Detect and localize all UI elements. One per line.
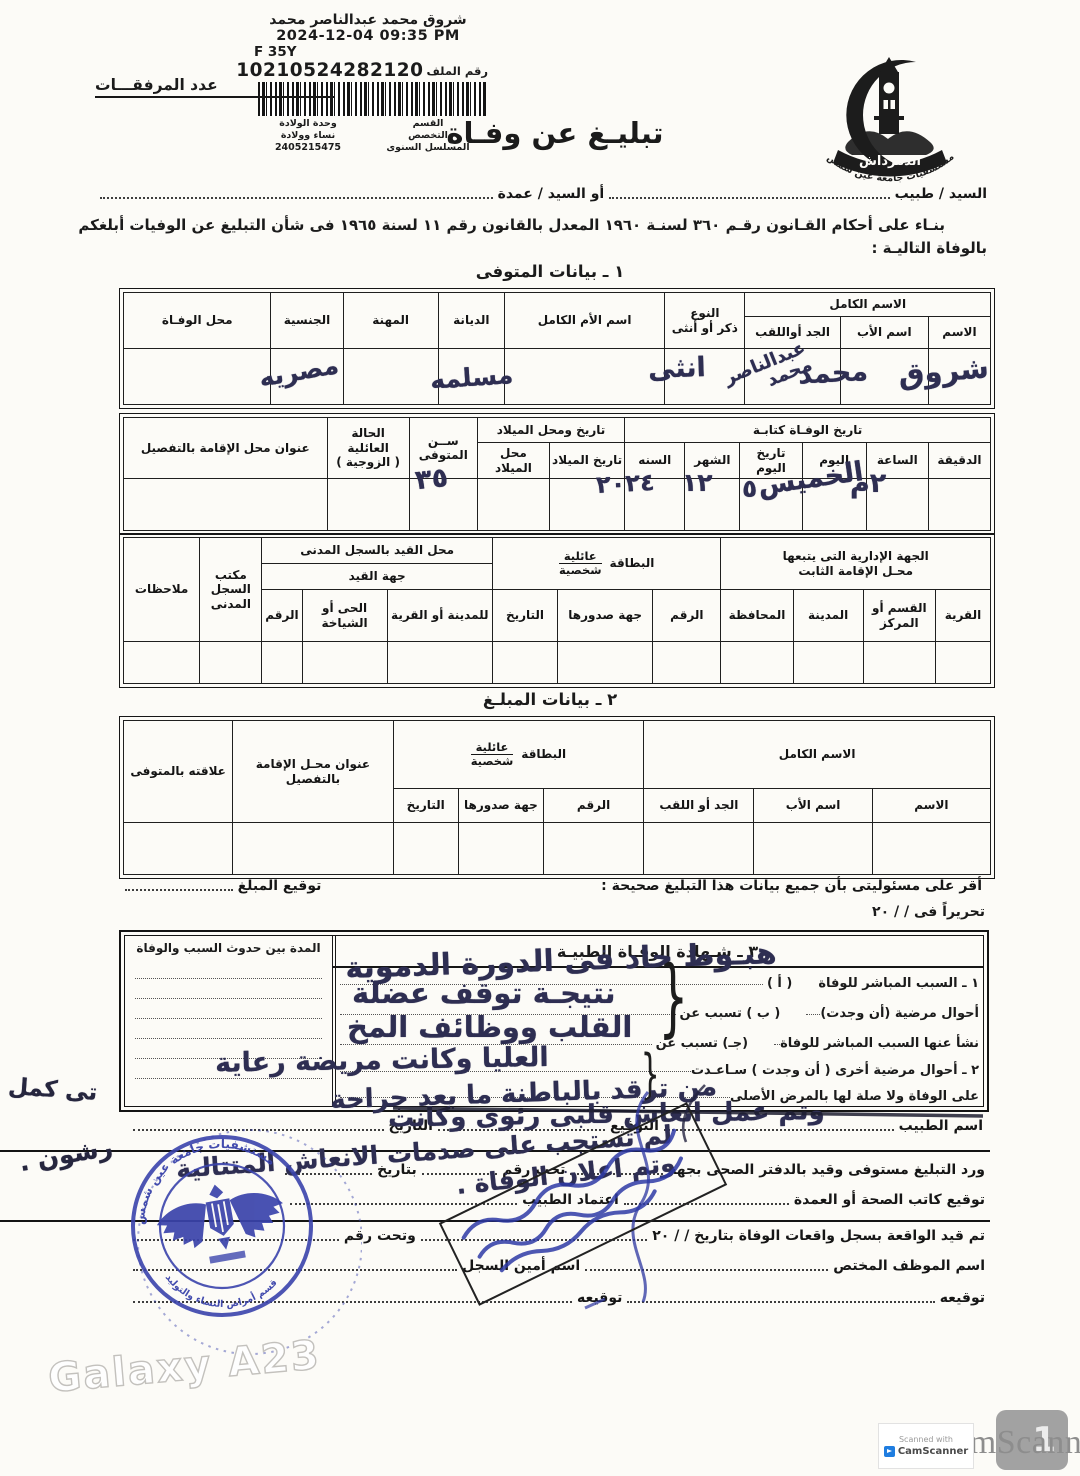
header-district: القسم أو المركز xyxy=(863,590,935,642)
underlying-cause-label: نشأ عنها السبب المباشر للوفاة xyxy=(780,1036,979,1051)
camscanner-badge: Scanned with CamScanner xyxy=(878,1423,974,1469)
header-registry-office: مكتب السجل المدنى xyxy=(200,538,262,642)
scanned-with-label: Scanned with xyxy=(899,1435,953,1444)
mark-a: ( أ ) xyxy=(767,976,792,991)
header-death-place: محل الوفـاة xyxy=(124,293,271,349)
logo-ribbon-text: الدمرداش xyxy=(859,154,921,169)
header-informer-father: اسم الأب xyxy=(754,789,872,823)
header-informer-relation: علاقته بالمتوفى xyxy=(124,721,233,823)
header-notes: ملاحظات xyxy=(124,538,200,642)
header-sex: النوعذكر أو أنثى xyxy=(665,293,745,349)
section-2-title: ٢ ـ بيانات المبلـغ xyxy=(430,690,670,709)
duration-column: المدة بين حدوث السبب والوفاة xyxy=(125,936,336,1106)
hw-religion: مسلمه xyxy=(429,360,514,395)
employee-label: اسم الموظف المختص xyxy=(833,1258,985,1274)
patient-name: شروق محمد عبدالناصر محمد xyxy=(248,12,488,28)
header-registry-side: جهة القيد xyxy=(262,564,493,590)
header-full-name: الاسم الكامل xyxy=(745,293,991,317)
card-label: البطاقة xyxy=(610,556,655,570)
scan-datetime: 2024-12-04 09:35 PM xyxy=(248,28,488,44)
header-informer-grand: الجد أو اللقب xyxy=(644,789,754,823)
header-informer-card-number: الرقم xyxy=(543,789,643,823)
header-informer-card-issuer: جهة صدورها xyxy=(458,789,543,823)
header-card-group: البطاقةعائليةشخصية xyxy=(492,538,721,590)
addressee-doctor: السيد / طبيب xyxy=(895,186,987,202)
dotted-line xyxy=(585,1267,828,1271)
section-1-title: ١ ـ بيانات المتوفى xyxy=(420,262,680,281)
form-title: تبليـغ عن وفـاة xyxy=(424,116,686,150)
header-birth-group: تاريخ ومحل الميلاد xyxy=(477,418,624,443)
intro-line-2: بالوفاة التاليـة : xyxy=(95,237,987,260)
hw-cause-line-2: نتيجـة توقف عضلة xyxy=(352,976,616,1010)
attachments-count-label: عدد المرفقـــات xyxy=(95,76,335,98)
header-age-line1: ســن xyxy=(412,434,475,448)
header-city: المدينة xyxy=(793,590,863,642)
other-conditions-label-1: ٢ ـ أحوال مرضية أخرى ( أن وجدت ) سـاعـدت xyxy=(691,1063,979,1078)
deceased-identity-table: الاسم الكامل النوعذكر أو أنثى اسم الأم ا… xyxy=(119,288,995,409)
doctor-name-label: اسم الطبيب xyxy=(899,1118,983,1134)
dotted-line xyxy=(627,1299,934,1303)
written-on-line: تحريراً فى / / ٢٠ xyxy=(690,904,985,920)
dept-value: وحدة الولادة xyxy=(248,118,368,130)
header-minute: الدقيقة xyxy=(928,443,990,479)
scanned-death-notification-form: شروق محمد عبدالناصر محمد 2024-12-04 09:3… xyxy=(0,0,1080,1476)
header-nationality: الجنسية xyxy=(271,293,343,349)
registrar-signature-label: توقيعه xyxy=(577,1290,622,1306)
header-age-line2: المتوفى xyxy=(412,448,475,462)
round-official-stamp: مستشفيات جامعة عين شمس قسم أمراض النساء … xyxy=(100,1108,362,1360)
header-admin-line2: محـل الإقامة الثابت xyxy=(723,564,988,578)
header-card-date: التاريخ xyxy=(492,590,557,642)
header-card-issuer: جهة صدورها xyxy=(558,590,653,642)
informer-signature-label: توقيع المبلغ xyxy=(238,878,322,894)
hw-death-year: ٢٠٢٤ xyxy=(595,468,655,499)
header-registry-place: محل القيد بالسجل المدنى xyxy=(262,538,493,564)
camscanner-icon xyxy=(884,1446,895,1457)
card-label: البطاقة xyxy=(521,747,566,761)
header-governorate: المحافظة xyxy=(721,590,793,642)
header-address: عنوان محل الإقامة بالتفصيل xyxy=(124,418,328,479)
header-marital: الحالة العائلية( الزوجية ) xyxy=(327,418,409,479)
header-admin-line1: الجهة الإدارية التى يتبعها xyxy=(723,549,988,563)
informer-data-row xyxy=(124,823,991,875)
card-family: عائلية xyxy=(471,741,514,754)
recorded-label: تم قيد الواقعة بسجل واقعات الوفاة بتاريخ… xyxy=(652,1228,985,1244)
morbid-conditions-label: أحوال مرضية (أن وجدت) xyxy=(820,1006,979,1021)
dotted-line xyxy=(135,999,322,1019)
header-card-number: الرقم xyxy=(653,590,721,642)
header-death-date-group: تاريخ الوفـاة كتابـة xyxy=(625,418,991,443)
mark-b: ( ب ) تسبب عن xyxy=(680,1006,781,1021)
hw-sex: انثى xyxy=(647,352,706,385)
header-mother-name: اسم الأم الكامل xyxy=(504,293,664,349)
dotted-line xyxy=(135,1019,322,1039)
header-reg-city: للمدينة أو القرية xyxy=(387,590,492,642)
intro-line-1: بنـاء على أحكام القـانون رقـم ٣٦٠ لسنـة … xyxy=(95,214,987,237)
civil-registry-data-row xyxy=(124,642,991,684)
duration-header: المدة بين حدوث السبب والوفاة xyxy=(125,936,332,959)
declaration-text: أقر على مسئوليتى بأن جميع بيانات هذا الت… xyxy=(601,878,982,894)
header-marital-line1: الحالة العائلية xyxy=(330,426,407,455)
header-informer-name: الاسم xyxy=(872,789,990,823)
card-family: عائلية xyxy=(559,550,602,563)
declaration-row: أقر على مسئوليتى بأن جميع بيانات هذا الت… xyxy=(120,878,982,894)
header-informer-card: البطاقةعائليةشخصية xyxy=(393,721,644,789)
header-name: الاسم xyxy=(928,317,990,349)
legal-intro: بنـاء على أحكام القـانون رقـم ٣٦٠ لسنـة … xyxy=(95,214,987,260)
direct-cause-label: ١ ـ السبب المباشر للوفاة xyxy=(818,976,979,991)
header-religion: الديانة xyxy=(438,293,504,349)
camscanner-badge-text: CamScanner xyxy=(898,1446,968,1457)
specialty-value: نساء وولادة xyxy=(248,130,368,142)
employee-signature-label: توقيعه xyxy=(940,1290,985,1306)
header-admin-area: الجهة الإدارية التى يتبعهامحـل الإقامة ا… xyxy=(721,538,991,590)
header-father: اسم الأب xyxy=(840,317,928,349)
header-birth-place: محل الميلاد xyxy=(477,443,549,479)
file-number-label: رقم الملف xyxy=(426,64,488,78)
header-informer-address: عنوان محـل الإقامة بالتفصيل xyxy=(233,721,393,823)
hw-cause-line-3: القلب ووظائف المخ xyxy=(347,1010,632,1044)
header-reg-number: الرقم xyxy=(262,590,302,642)
card-personal: شخصية xyxy=(559,563,602,577)
hw-death-month: ١٢ xyxy=(682,468,713,497)
camscanner-badge-row: CamScanner xyxy=(884,1446,968,1457)
header-informer-card-date: التاريخ xyxy=(393,789,458,823)
hw-death-day-date: ٥ xyxy=(742,474,757,503)
dotted-line xyxy=(135,959,322,979)
header-sex-line1: النوع xyxy=(667,306,742,320)
addressee-mayor: أو السيد / عمدة xyxy=(498,186,605,202)
tower-icon xyxy=(879,72,899,134)
header-reg-district: الحى أو الشياخة xyxy=(302,590,387,642)
header-informer-full-name: الاسم الكامل xyxy=(644,721,991,789)
dotted-line xyxy=(135,979,322,999)
hw-margin-note-1: تى كمل xyxy=(7,1074,98,1106)
civil-registry-table: الجهة الإدارية التى يتبعهامحـل الإقامة ا… xyxy=(119,533,995,688)
hw-cause-line-4: العليا وكانت مريضة رعاية xyxy=(215,1042,549,1079)
header-village: القرية xyxy=(935,590,990,642)
header-sex-line2: ذكر أو أنثى xyxy=(667,321,742,335)
salutation-row: السيد / طبيب أو السيد / عمدة xyxy=(95,186,987,202)
mound-icon xyxy=(845,131,933,155)
header-marital-line2: ( الزوجية ) xyxy=(330,455,407,469)
serial-value: 2405215475 xyxy=(248,142,368,154)
dotted-line xyxy=(609,195,889,199)
header-job: المهنة xyxy=(343,293,438,349)
dotted-line xyxy=(100,195,493,199)
sex-age-code: F 35Y xyxy=(248,44,488,60)
dotted-line xyxy=(125,887,233,891)
clerk-signature-label: توقيع كاتب الصحة أو العمدة xyxy=(794,1192,985,1208)
card-personal: شخصية xyxy=(471,754,514,768)
hospital-logo: الدمرداش مستشفيات جامعة عين شمس xyxy=(792,56,988,190)
informer-table: الاسم الكامل البطاقةعائليةشخصية عنوان مح… xyxy=(119,716,995,879)
hw-age: ٣٥ xyxy=(414,462,450,496)
